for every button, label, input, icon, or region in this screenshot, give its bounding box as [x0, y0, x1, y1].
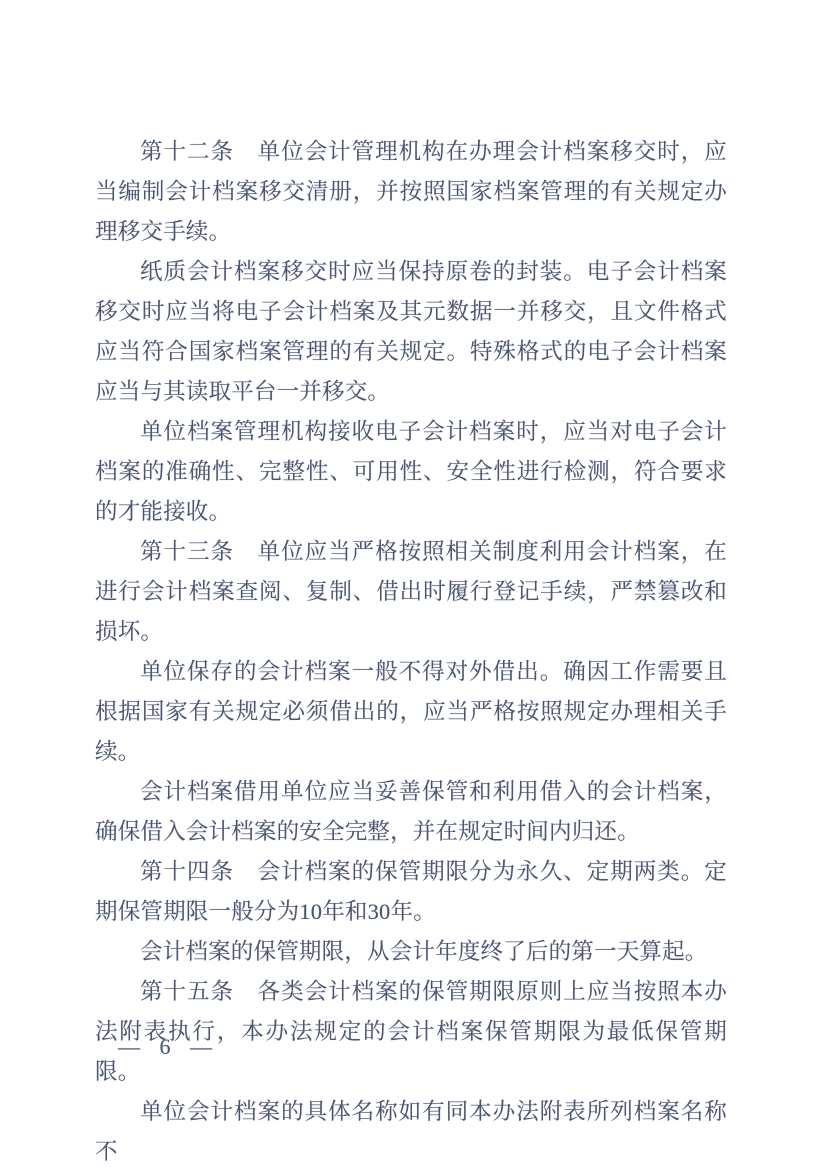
para-archive-names: 单位会计档案的具体名称如有同本办法附表所列档案名称不 — [95, 1092, 727, 1169]
para-article-14: 第十四条 会计档案的保管期限分为永久、定期两类。定期保管期限一般分为10年和30… — [95, 852, 727, 932]
page-number: — 6 — — [118, 1034, 214, 1060]
para-article-15: 第十五条 各类会计档案的保管期限原则上应当按照本办法附表执行，本办法规定的会计档… — [95, 972, 727, 1092]
scanned-document-page: 第十二条 单位会计管理机构在办理会计档案移交时，应当编制会计档案移交清册，并按照… — [0, 0, 828, 1169]
para-paper-electronic-transfer: 纸质会计档案移交时应当保持原卷的封装。电子会计档案移交时应当将电子会计档案及其元… — [95, 252, 727, 412]
para-retention-start-date: 会计档案的保管期限，从会计年度终了后的第一天算起。 — [95, 932, 727, 972]
para-borrower-duty: 会计档案借用单位应当妥善保管和利用借入的会计档案，确保借入会计档案的安全完整，并… — [95, 772, 727, 852]
para-article-13: 第十三条 单位应当严格按照相关制度利用会计档案，在进行会计档案查阅、复制、借出时… — [95, 532, 727, 652]
document-text-block: 第十二条 单位会计管理机构在办理会计档案移交时，应当编制会计档案移交清册，并按照… — [95, 132, 727, 1169]
para-article-12: 第十二条 单位会计管理机构在办理会计档案移交时，应当编制会计档案移交清册，并按照… — [95, 132, 727, 252]
para-electronic-acceptance-check: 单位档案管理机构接收电子会计档案时，应当对电子会计档案的准确性、完整性、可用性、… — [95, 412, 727, 532]
para-lending-restriction: 单位保存的会计档案一般不得对外借出。确因工作需要且根据国家有关规定必须借出的，应… — [95, 652, 727, 772]
